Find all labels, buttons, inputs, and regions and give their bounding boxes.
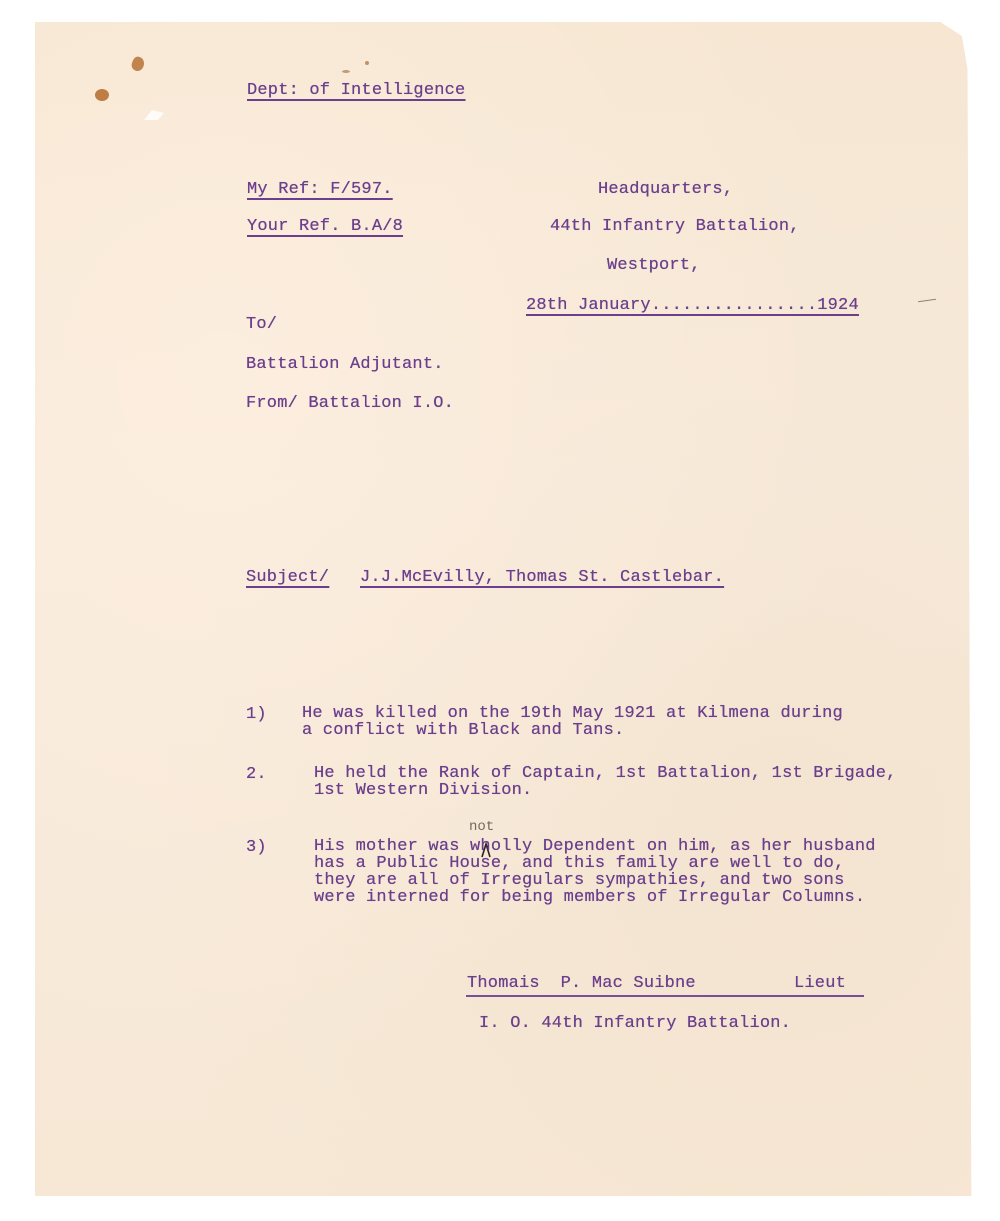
to-label: To/ [246, 316, 277, 333]
department-heading: Dept: of Intelligence [247, 82, 465, 99]
signature-underline [466, 995, 864, 997]
item-number: 2. [246, 766, 267, 783]
item-3-line-1: His mother was wholly Dependent on him, … [314, 839, 876, 855]
subject-label: Subject/ [246, 569, 329, 586]
ink-speck [342, 70, 350, 73]
signature-name: Thomais P. Mac Suibne [467, 975, 696, 992]
item-2-line-2: 1st Western Division. [314, 783, 532, 799]
subject-value: J.J.McEvilly, Thomas St. Castlebar. [360, 569, 724, 586]
item-3-line-4: were interned for being members of Irreg… [314, 890, 865, 906]
item-2-line-1: He held the Rank of Captain, 1st Battali… [314, 766, 897, 782]
item-1-line-2: a conflict with Black and Tans. [302, 723, 624, 739]
item-number: 1) [246, 706, 267, 723]
to-recipient: Battalion Adjutant. [246, 356, 444, 373]
letter-date: 28th January................1924 [526, 297, 859, 314]
signature-rank: Lieut [794, 975, 846, 992]
signature-title: I. O. 44th Infantry Battalion. [479, 1015, 791, 1032]
ink-speck [365, 61, 369, 65]
rust-stain [95, 89, 109, 101]
item-3-line-2: has a Public House, and this family are … [314, 856, 845, 872]
my-reference: My Ref: F/597. [247, 181, 393, 198]
item-1-line-1: He was killed on the 19th May 1921 at Ki… [302, 706, 843, 722]
address-line-battalion: 44th Infantry Battalion, [550, 218, 800, 235]
address-line-headquarters: Headquarters, [598, 181, 733, 198]
handwritten-insertion: not [469, 820, 494, 834]
from-sender: From/ Battalion I.O. [246, 395, 454, 412]
item-3-line-3: they are all of Irregulars sympathies, a… [314, 873, 845, 889]
your-reference: Your Ref. B.A/8 [247, 218, 403, 235]
item-number: 3) [246, 839, 267, 856]
address-line-town: Westport, [607, 257, 701, 274]
